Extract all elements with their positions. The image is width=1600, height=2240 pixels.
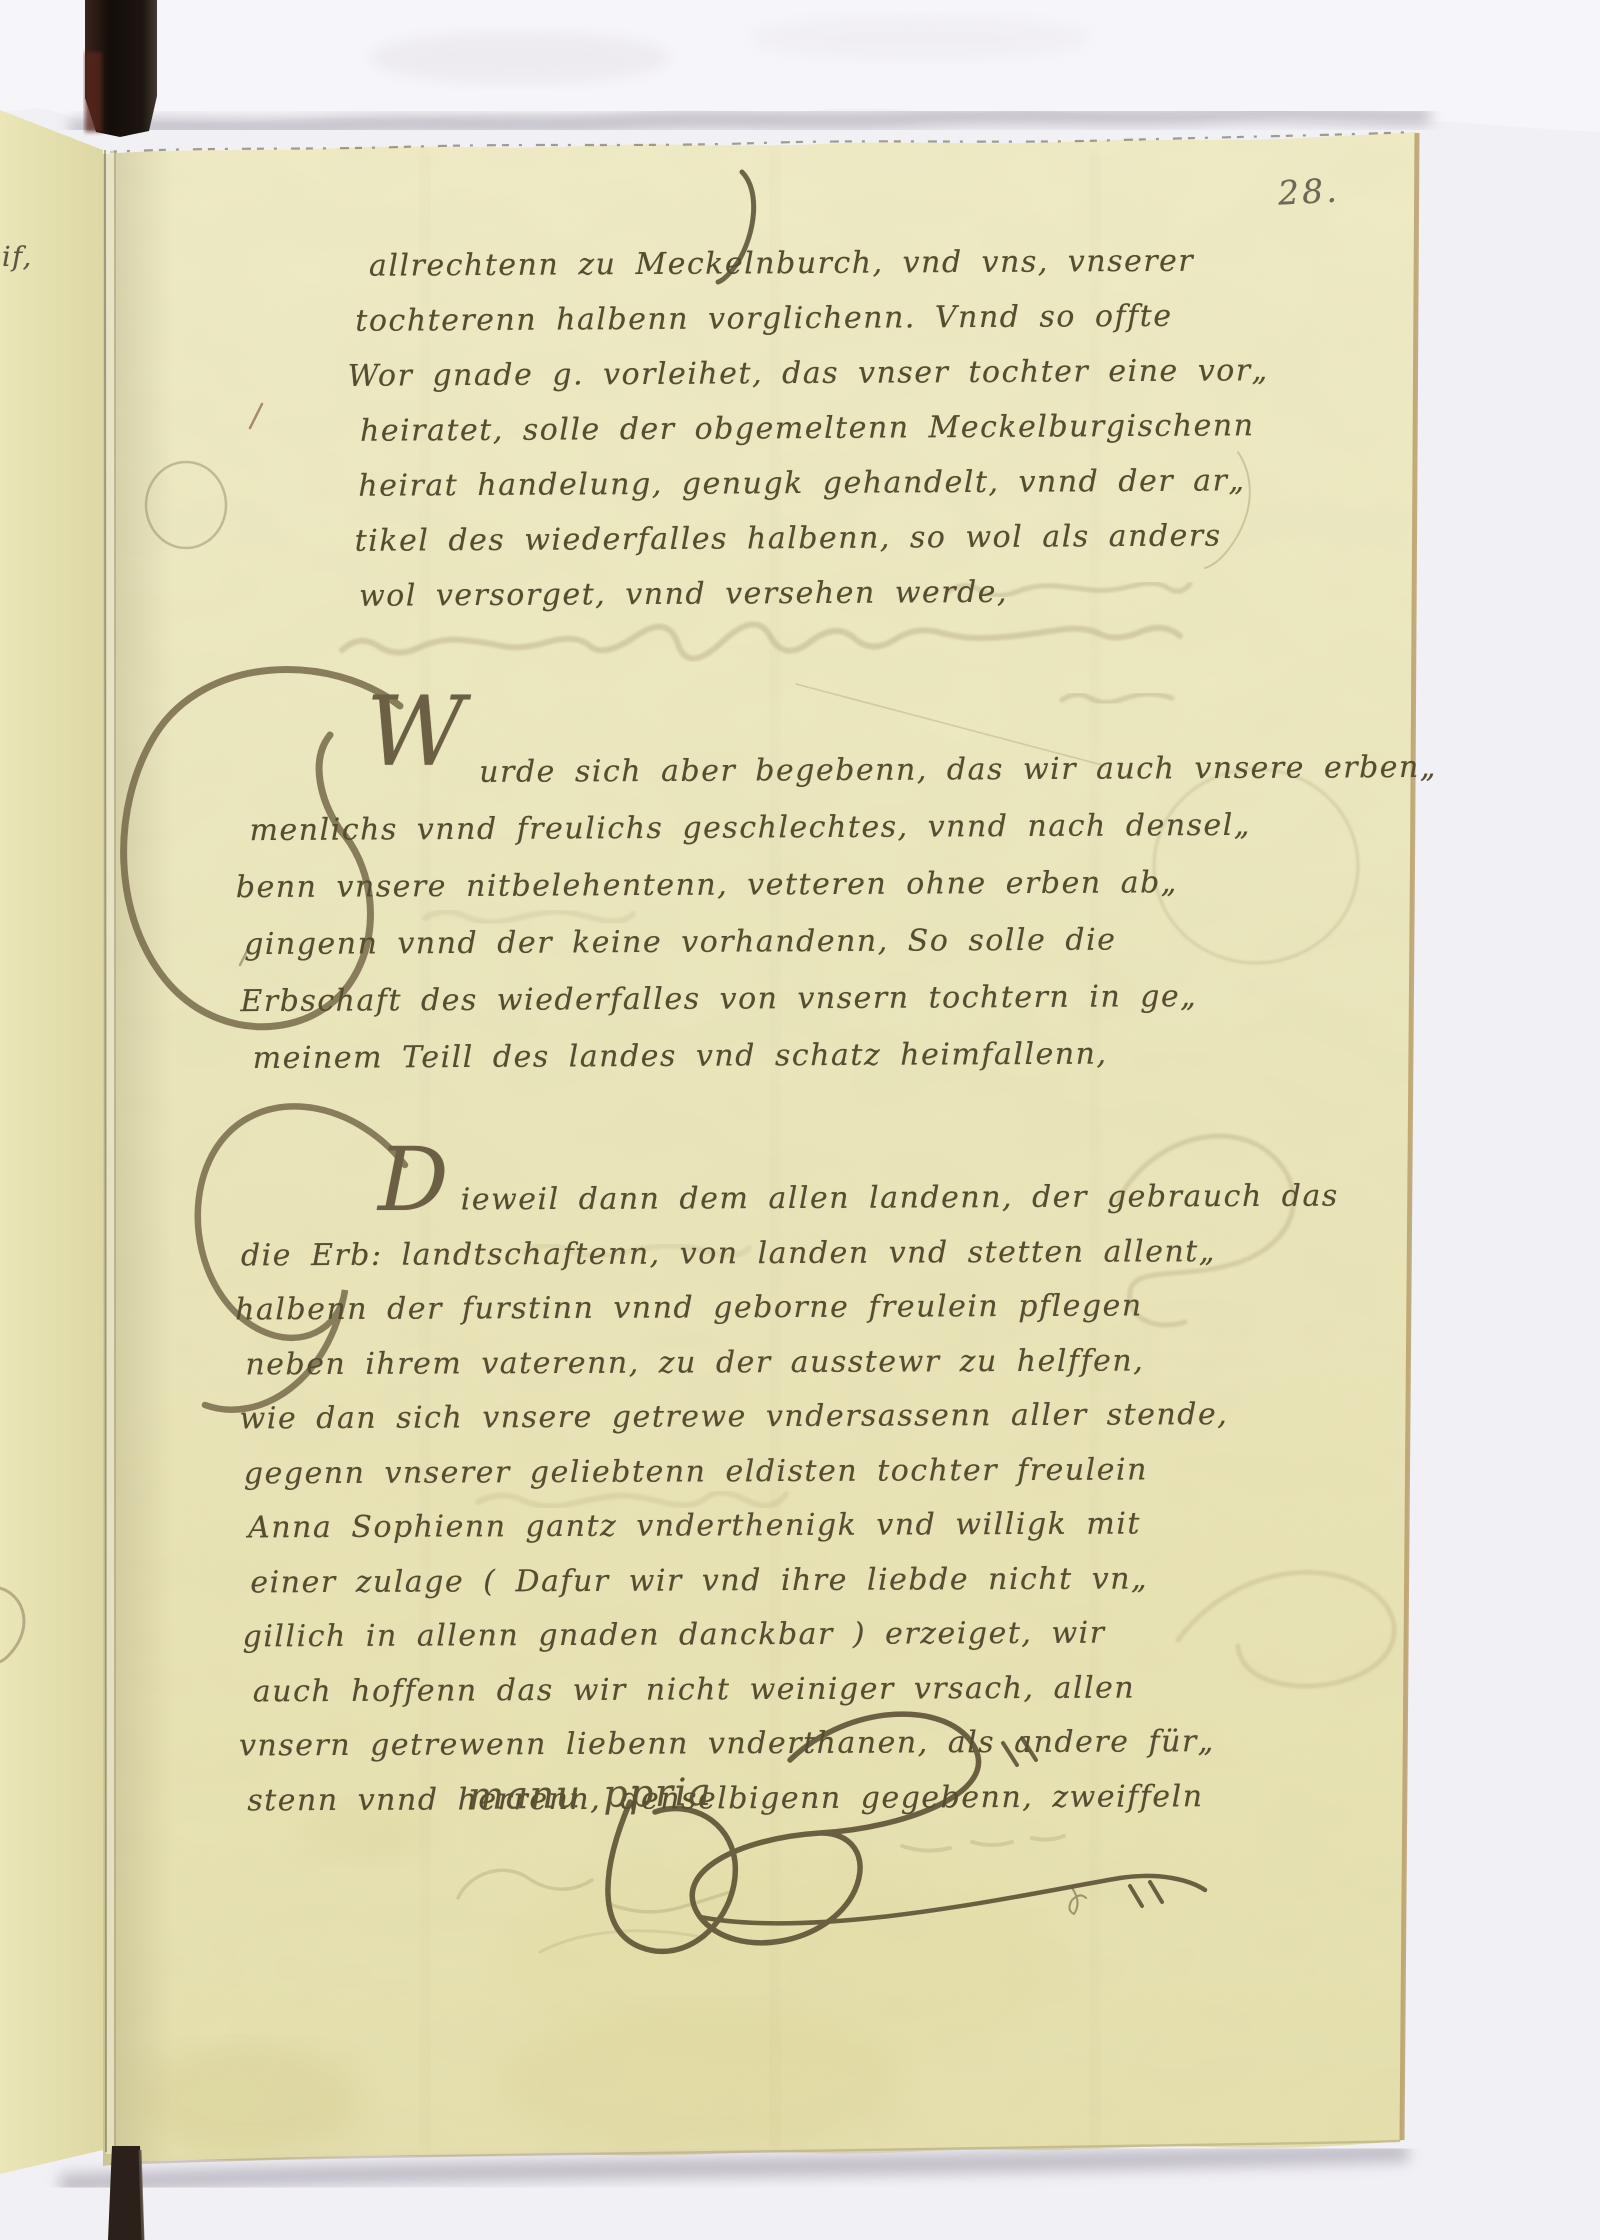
manuscript-line: Anna Sophienn gantz vnderthenigk vnd wil… (248, 1497, 1340, 1556)
manuscript-line: wie dan sich vnsere getrewe vndersassenn… (240, 1388, 1340, 1447)
manuscript-line: die Erb: landtschaftenn, von landen vnd … (241, 1224, 1339, 1283)
manuscript-line: allrechtenn zu Meckelnburch, vnd vns, vn… (369, 233, 1268, 293)
folio-number: 28. (1277, 170, 1340, 212)
binding-rod-maroon-streak (85, 52, 102, 132)
manuscript-line: Erbschaft des wiederfalles von vnsern to… (240, 967, 1438, 1030)
manuscript-line: urde sich aber begebenn, das wir auch vn… (479, 739, 1437, 801)
manuscript-line: tikel des wiederfalles halbenn, so wol a… (355, 508, 1270, 569)
manuscript-line: gingenn vnnd der keine vorhandenn, So so… (244, 910, 1438, 973)
manuscript-line: Wor gnade g. vorleihet, das vnser tochte… (348, 343, 1269, 404)
manuscript-line: tochterenn halbenn vorglichenn. Vnnd so … (355, 288, 1268, 349)
paragraph-3: ieweil dann dem allen landenn, der gebra… (235, 1170, 1342, 1829)
manuscript-line: neben ihrem vaterenn, zu der ausstewr zu… (245, 1333, 1339, 1392)
manuscript-line: heiratet, solle der obgemeltenn Meckelbu… (360, 398, 1269, 459)
facing-page-text-fragment: if, (2, 242, 33, 273)
manuscript-line: gillich in allenn gnaden danckbar ) erze… (242, 1606, 1340, 1665)
manuscript-line: menlichs vnnd freulichs geschlechtes, vn… (249, 796, 1437, 859)
manuscript-line: heirat handelung, genugk gehandelt, vnnd… (358, 453, 1269, 514)
gutter-crease (105, 150, 115, 2154)
manuscript-line: meinem Teill des landes vnd schatz heimf… (253, 1024, 1439, 1087)
closing-line-manu-propria: manu ppria (468, 1770, 713, 1818)
manuscript-line: ieweil dann dem allen landenn, der gebra… (461, 1170, 1339, 1228)
manuscript-line: benn vnsere nitbelehentenn, vetteren ohn… (236, 853, 1438, 916)
manuscript-line: halbenn der furstinn vnnd geborne freule… (235, 1279, 1339, 1338)
manuscript-line: gegenn vnserer geliebtenn eldisten tocht… (244, 1442, 1340, 1501)
backing-wrinkle (370, 32, 670, 84)
manuscript-line: wol versorget, vnnd versehen werde, (359, 563, 1270, 624)
paragraph-1: allrechtenn zu Meckelnburch, vnd vns, vn… (347, 233, 1270, 624)
manuscript-line: auch hoffenn das wir nicht weiniger vrsa… (253, 1660, 1341, 1719)
manuscript-line: stenn vnnd herrenn, denselbigenn gegeben… (247, 1769, 1341, 1828)
facing-page-sliver (0, 110, 103, 2174)
manuscript-line: einer zulage ( Dafur wir vnd ihre liebde… (250, 1551, 1340, 1610)
binding-rod-bottom (108, 2146, 144, 2240)
backing-wrinkle (750, 16, 1090, 60)
manuscript-scan: if, 28. allrechtenn zu Meckelnburch, vnd… (0, 0, 1600, 2240)
manuscript-line: vnsern getrewenn liebenn vnderthanen, al… (239, 1715, 1341, 1774)
paragraph-2: urde sich aber begebenn, das wir auch vn… (235, 739, 1438, 1087)
